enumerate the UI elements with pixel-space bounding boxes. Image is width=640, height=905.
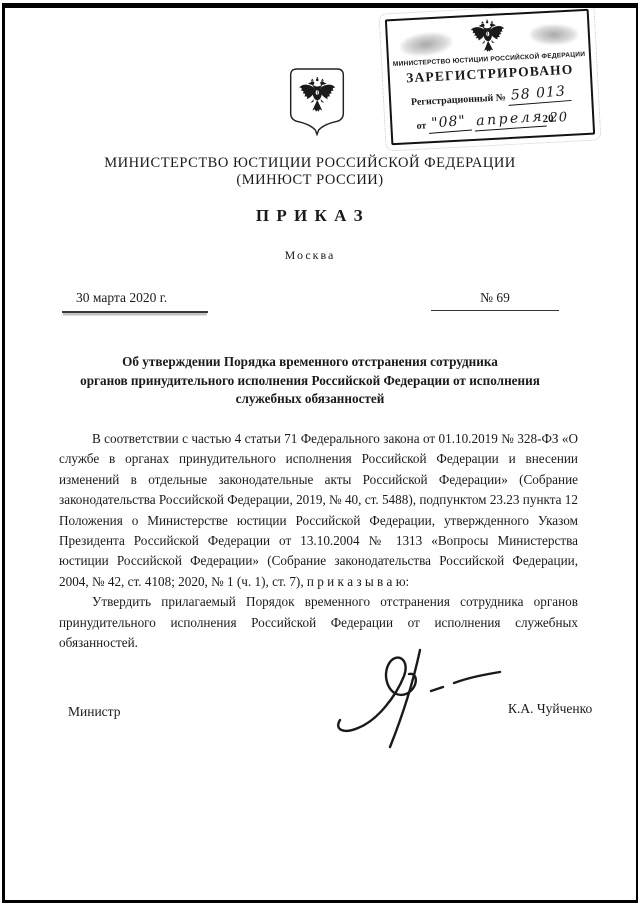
stamp-reg-number-value: 58 013 <box>508 83 572 106</box>
doc-title-line-1: Об утверждении Порядка временного отстра… <box>45 353 575 372</box>
signer-name: К.А. Чуйченко <box>508 701 592 717</box>
coat-of-arms-emblem-icon <box>289 67 345 137</box>
stamp-date-year-written: 20 <box>549 110 568 126</box>
doc-title-line-2: органов принудительного исполнения Росси… <box>45 372 575 391</box>
doc-body: В соответствии с частью 4 статьи 71 Феде… <box>59 429 578 653</box>
signature-autograph-icon <box>330 648 508 750</box>
stamp-reg-number-label: Регистрационный № <box>411 92 506 108</box>
signer-position: Министр <box>68 704 120 720</box>
doc-number: № 69 <box>431 290 559 311</box>
org-header: МИНИСТЕРСТВО ЮСТИЦИИ РОССИЙСКОЙ ФЕДЕРАЦИ… <box>40 155 580 189</box>
stamp-ink-smudge-right <box>530 25 578 45</box>
registration-stamp: МИНИСТЕРСТВО ЮСТИЦИИ РОССИЙСКОЙ ФЕДЕРАЦИ… <box>385 9 595 146</box>
stamp-ink-smudge-left <box>399 30 453 58</box>
doc-date: 30 марта 2020 г. <box>62 290 208 313</box>
doc-type-heading: П Р И К А З <box>40 206 580 226</box>
document-page: { "colors": { "ink": "#1a1a1a", "paper":… <box>0 0 640 905</box>
stamp-coat-of-arms-icon <box>468 16 508 54</box>
stamp-reg-number-line: Регистрационный № 58 013 <box>391 84 592 112</box>
body-paragraph-2: Утвердить прилагаемый Порядок временного… <box>59 592 578 653</box>
stamp-date-month: апреля <box>473 109 546 132</box>
doc-title-line-3: служебных обязанностей <box>45 390 575 409</box>
body-paragraph-1: В соответствии с частью 4 статьи 71 Феде… <box>59 429 578 592</box>
doc-title: Об утверждении Порядка временного отстра… <box>45 353 575 409</box>
stamp-date-day: "08" <box>428 113 472 134</box>
stamp-date-prefix: от <box>416 120 426 131</box>
org-short-name: (МИНЮСТ РОССИИ) <box>40 172 580 189</box>
doc-city: Москва <box>40 248 580 263</box>
stamp-date-line: от "08" апреля2020 <box>392 108 593 136</box>
org-name: МИНИСТЕРСТВО ЮСТИЦИИ РОССИЙСКОЙ ФЕДЕРАЦИ… <box>40 155 580 172</box>
